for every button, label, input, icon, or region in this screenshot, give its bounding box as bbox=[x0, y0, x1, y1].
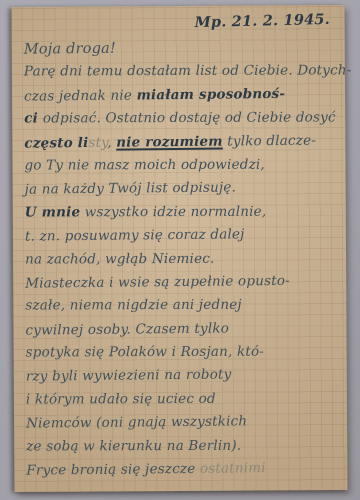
letter-text-segment: nie rozumiem bbox=[116, 133, 223, 150]
letter-text-segment: ostatnimi bbox=[200, 460, 266, 477]
letter-line: go Ty nie masz moich odpowiedzi, bbox=[24, 153, 339, 177]
letter-text-segment: Niemców (oni gnają wszystkich bbox=[26, 414, 247, 432]
letter-text-segment: rzy byli wywiezieni na roboty bbox=[26, 367, 232, 385]
letter-text-segment: i którym udało się uciec od bbox=[26, 391, 216, 408]
letter-text-segment: odpisać. Ostatnio dostaję od Ciebie dosy… bbox=[43, 110, 336, 127]
letter-line: ja na każdy Twój list odpisuję. bbox=[25, 176, 340, 203]
letter-text-segment: ja na każdy Twój list odpisuję. bbox=[25, 180, 237, 198]
letter-text-segment: Fryce bronią się jeszcze bbox=[26, 461, 200, 479]
letter-line: U mnie wszystko idzie normalnie, bbox=[25, 200, 340, 224]
letter-text-segment: miałam sposobnoś- bbox=[136, 86, 285, 104]
letter-text-segment: , bbox=[107, 134, 116, 150]
letter-text-segment: szałe, niema nigdzie ani jednej bbox=[25, 297, 241, 314]
letter-text-segment: sty bbox=[88, 134, 107, 150]
letter-body: Moja droga!Parę dni temu dostałam list o… bbox=[24, 36, 342, 482]
letter-line: często listy, nie rozumiem tylko dlacze- bbox=[24, 129, 339, 156]
scanned-letter-view: { "document": { "kind": "handwritten-let… bbox=[0, 0, 360, 500]
letter-text-segment: t. zn. posuwamy się coraz dalej bbox=[25, 226, 245, 244]
letter-text-layer: Mp. 21. 2. 1945. Moja droga!Parę dni tem… bbox=[12, 5, 348, 492]
letter-line: czas jednak nie miałam sposobnoś- bbox=[24, 82, 339, 109]
letter-line: t. zn. posuwamy się coraz dalej bbox=[25, 222, 340, 249]
letter-line: Miasteczka i wsie są zupełnie opusto- bbox=[25, 269, 340, 296]
letter-line: na zachód, wgłąb Niemiec. bbox=[25, 247, 340, 271]
letter-line: cywilnej osoby. Czasem tylko bbox=[25, 316, 340, 343]
letter-line: Parę dni temu dostałam list od Ciebie. D… bbox=[24, 60, 339, 84]
letter-text-segment: ci bbox=[24, 111, 43, 127]
letter-text-segment: cywilnej osoby. Czasem tylko bbox=[25, 320, 229, 338]
letter-line: spotyka się Polaków i Rosjan, któ- bbox=[26, 341, 341, 365]
letter-line: ci odpisać. Ostatnio dostaję od Ciebie d… bbox=[24, 107, 339, 131]
letter-text-segment: na zachód, wgłąb Niemiec. bbox=[25, 250, 215, 267]
letter-text-segment: Parę dni temu dostałam list od Ciebie. D… bbox=[24, 63, 352, 80]
letter-line: Fryce bronią się jeszcze ostatnimi bbox=[26, 456, 341, 483]
letter-text-segment: U mnie bbox=[25, 204, 81, 220]
letter-text-segment: Moja droga! bbox=[24, 41, 116, 58]
letter-text-segment: spotyka się Polaków i Rosjan, któ- bbox=[26, 344, 264, 361]
letter-page: Mp. 21. 2. 1945. Moja droga!Parę dni tem… bbox=[12, 5, 348, 492]
letter-text-segment: Miasteczka i wsie są zupełnie opusto- bbox=[25, 273, 290, 292]
letter-line: Niemców (oni gnają wszystkich bbox=[26, 410, 341, 437]
letter-text-segment: często li bbox=[24, 135, 88, 152]
letter-line: ze sobą w kierunku na Berlin). bbox=[26, 434, 341, 458]
letter-date: Mp. 21. 2. 1945. bbox=[194, 11, 330, 31]
letter-line: rzy byli wywiezieni na roboty bbox=[26, 363, 341, 390]
letter-line: i którym udało się uciec od bbox=[26, 387, 341, 411]
letter-text-segment: go Ty nie masz moich odpowiedzi, bbox=[24, 157, 264, 174]
letter-text-segment: tylko dlacze- bbox=[223, 132, 316, 149]
letter-text-segment: wszystko idzie normalnie, bbox=[80, 203, 266, 220]
letter-line: Moja droga! bbox=[24, 35, 339, 62]
letter-text-segment: ze sobą w kierunku na Berlin). bbox=[26, 437, 241, 454]
letter-line: szałe, niema nigdzie ani jednej bbox=[25, 294, 340, 318]
letter-text-segment: czas jednak nie bbox=[24, 87, 137, 104]
